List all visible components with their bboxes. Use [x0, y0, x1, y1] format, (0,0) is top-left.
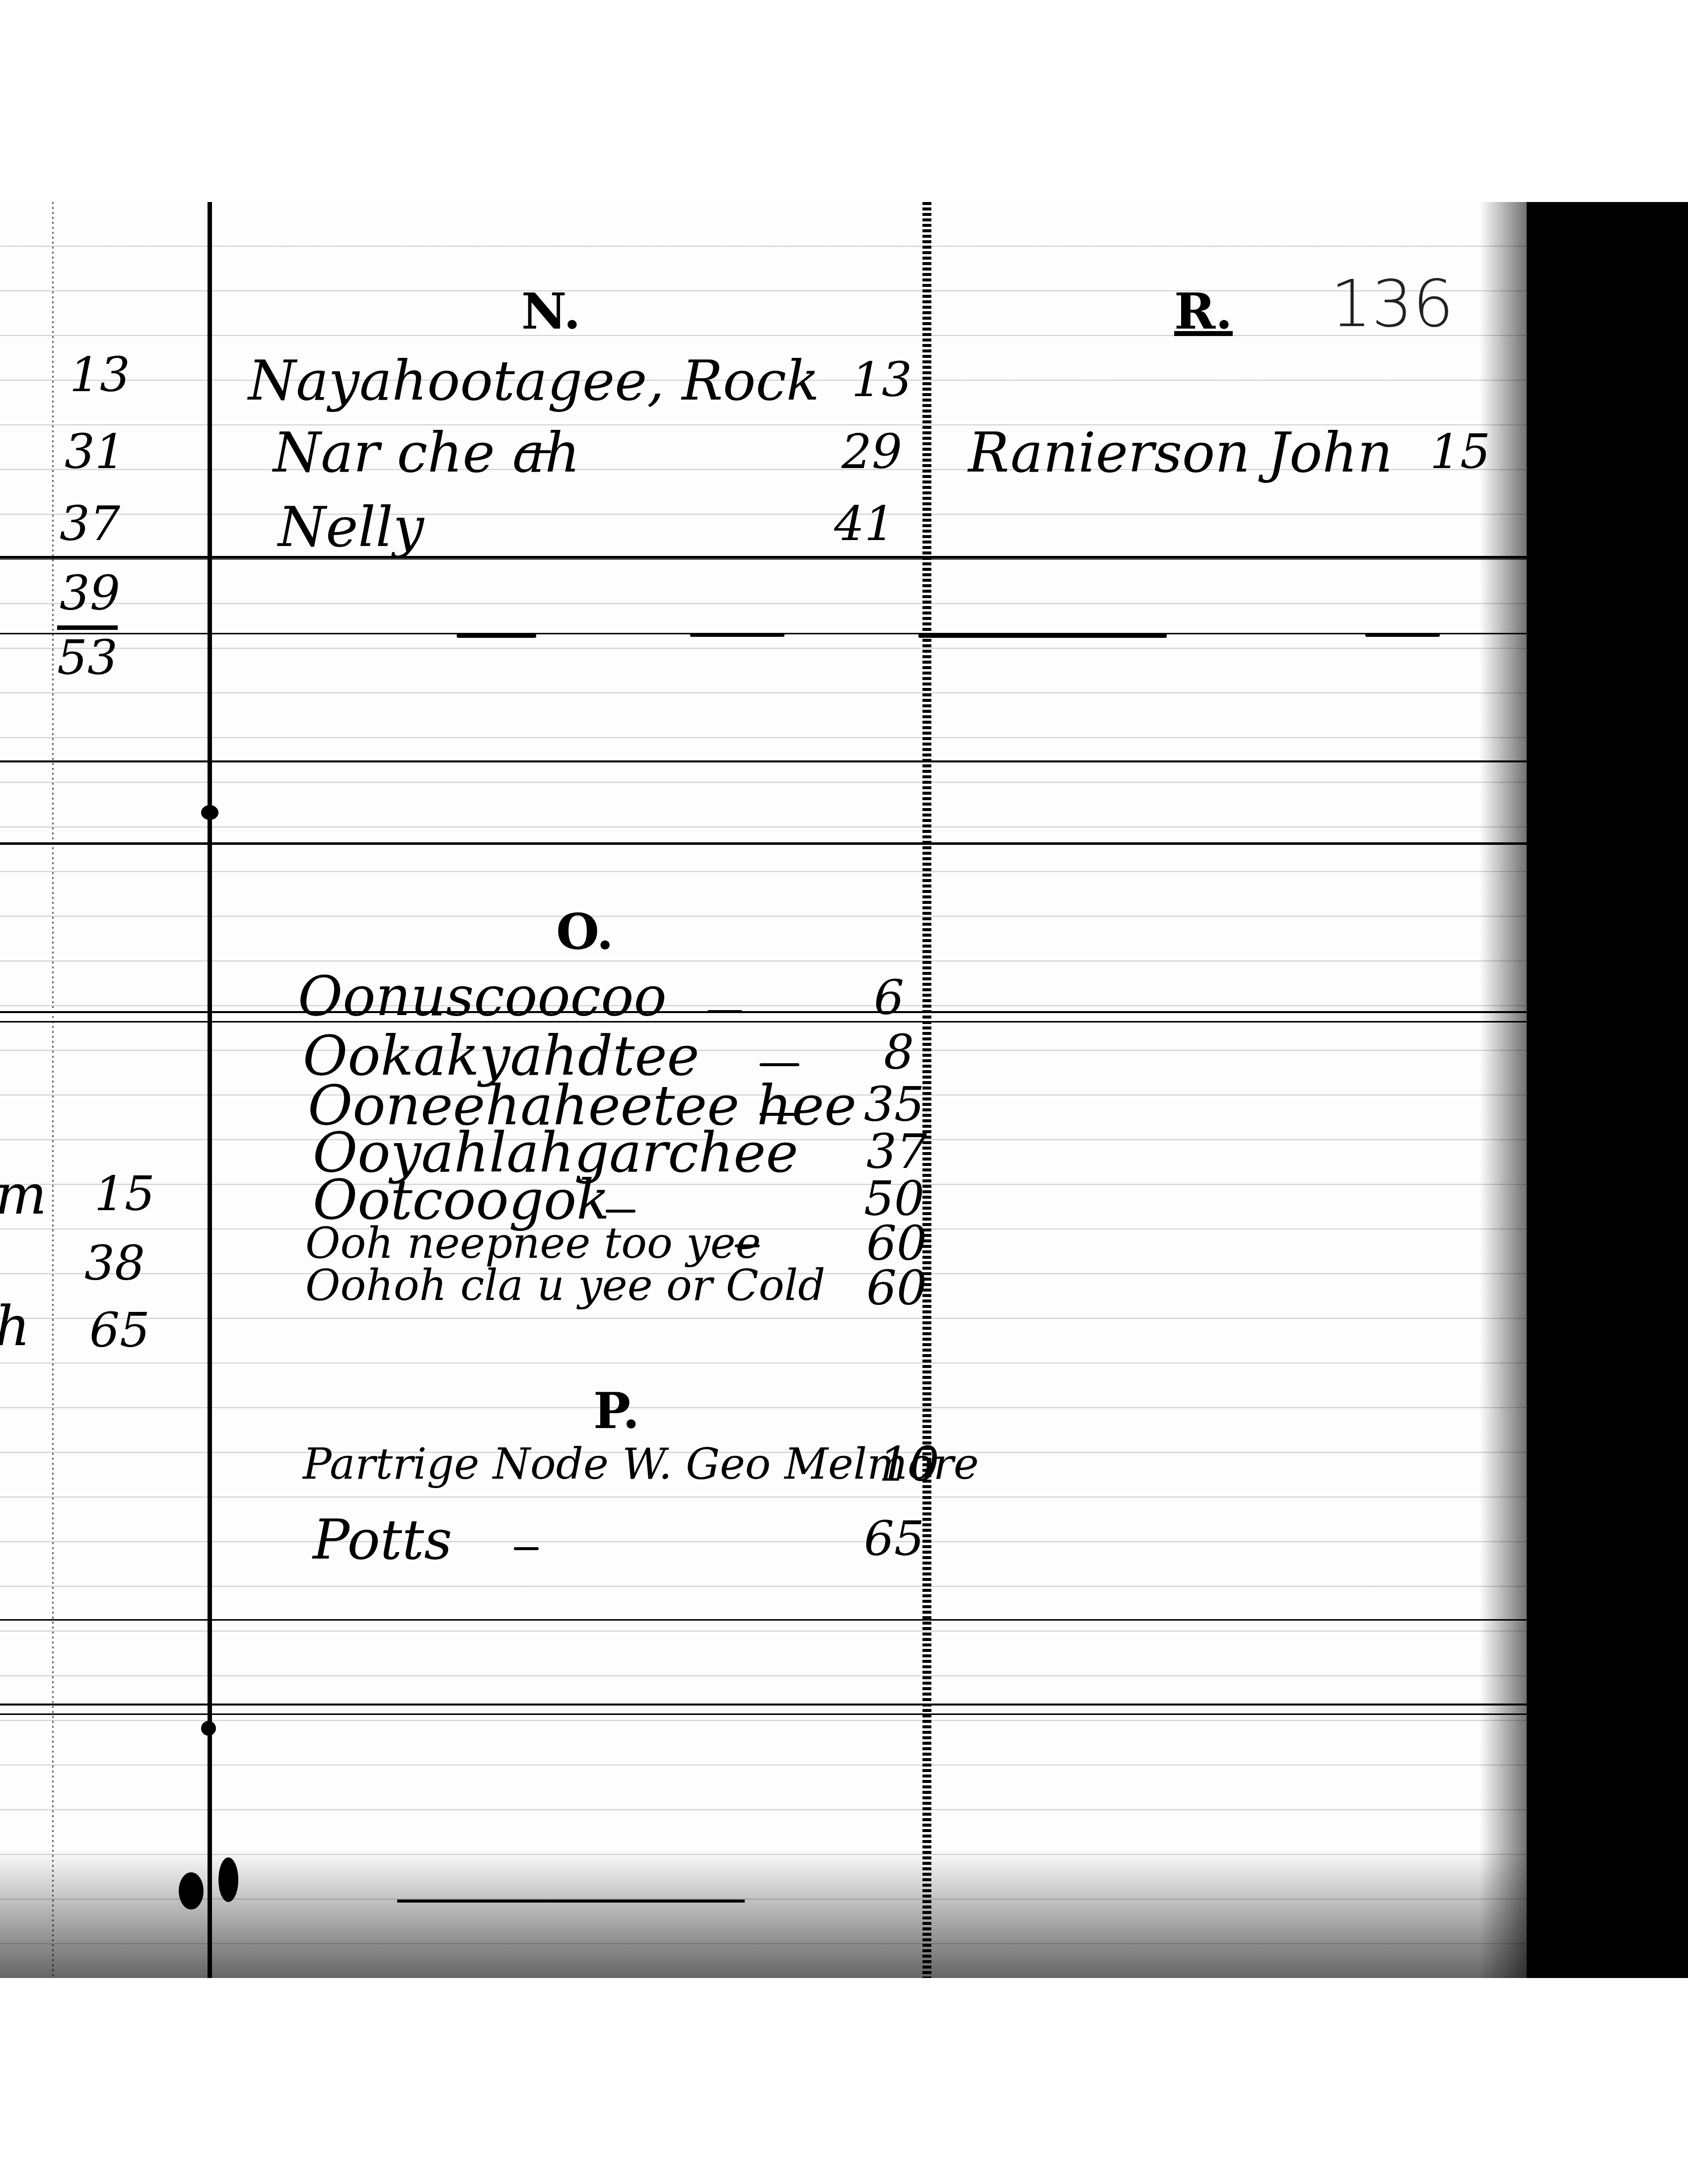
left-number: 53: [57, 634, 118, 682]
section-rule: [0, 842, 1527, 845]
left-number: 65: [89, 1306, 150, 1354]
left-name-fragment: h: [0, 1299, 30, 1354]
leader-dash: [760, 1063, 799, 1066]
section-rule: [0, 1021, 1527, 1023]
section-header-n: N.: [521, 286, 581, 336]
entry-name: Oonuscoocoo: [298, 969, 667, 1024]
left-name-fragment: m: [0, 1167, 47, 1222]
entry-number: 60: [866, 1264, 927, 1312]
leader-dash: [760, 1113, 799, 1116]
row-rule: [0, 1704, 1527, 1706]
left-number: 37: [60, 500, 120, 547]
left-number: 39: [60, 569, 120, 617]
left-number: 31: [65, 428, 125, 476]
entry-number: 41: [834, 500, 895, 547]
entry-name: Ranierson John: [968, 425, 1393, 480]
scan-shadow: [1479, 202, 1527, 1978]
ledger-page: 13 31 37 39 53 m 15 38 h 65 N. Nayahoota…: [0, 202, 1527, 1978]
entry-number: 6: [874, 974, 904, 1022]
row-rule: [0, 1713, 1527, 1715]
leader-dash: [514, 1547, 539, 1550]
entry-name: Nayahootagee, Rock: [248, 353, 820, 408]
section-header-r: R.: [1174, 286, 1233, 336]
ink-blot: [201, 1721, 216, 1736]
entry-name: Potts: [313, 1512, 452, 1567]
entry-number: 8: [884, 1028, 914, 1076]
leader-dash: [521, 450, 551, 453]
page-number: 136: [1331, 272, 1454, 336]
entry-name: Partrige Node W. Geo Melmore: [303, 1443, 979, 1486]
left-number: 15: [94, 1170, 155, 1218]
ink-mark: [457, 634, 536, 638]
entry-number: 35: [864, 1081, 924, 1128]
leader-dash: [735, 1244, 760, 1247]
ink-mark: [690, 633, 784, 637]
scan-black-border: [1527, 202, 1688, 1978]
entry-number: 13: [851, 356, 912, 404]
entry-number: 37: [866, 1128, 927, 1175]
row-rule: [0, 1619, 1527, 1621]
entry-name: Nelly: [278, 500, 424, 554]
leader-dash: [707, 1010, 742, 1013]
row-rule: [0, 558, 1527, 560]
left-number: 38: [84, 1239, 145, 1287]
scanned-page: 13 31 37 39 53 m 15 38 h 65 N. Nayahoota…: [0, 202, 1688, 1978]
column-divider-line: [208, 202, 212, 1978]
section-rule: [0, 1011, 1527, 1013]
entry-number: 65: [864, 1515, 924, 1563]
row-rule: [0, 760, 1527, 762]
left-margin-rule: [52, 202, 54, 1978]
leader-dash: [606, 1210, 635, 1213]
left-number: 13: [70, 351, 130, 399]
section-header-o: O.: [556, 907, 614, 956]
entry-number: 10: [879, 1440, 939, 1488]
scan-shadow: [0, 1849, 1527, 1978]
entry-name: Ooh neepnee too yee: [305, 1222, 761, 1265]
section-header-p: P.: [593, 1386, 639, 1435]
ink-mark: [918, 633, 1167, 638]
ink-mark: [1365, 633, 1440, 637]
entry-number: 29: [842, 428, 902, 476]
entry-name: Oohoh cla u yee or Cold: [305, 1264, 825, 1307]
ink-blot: [201, 805, 218, 820]
